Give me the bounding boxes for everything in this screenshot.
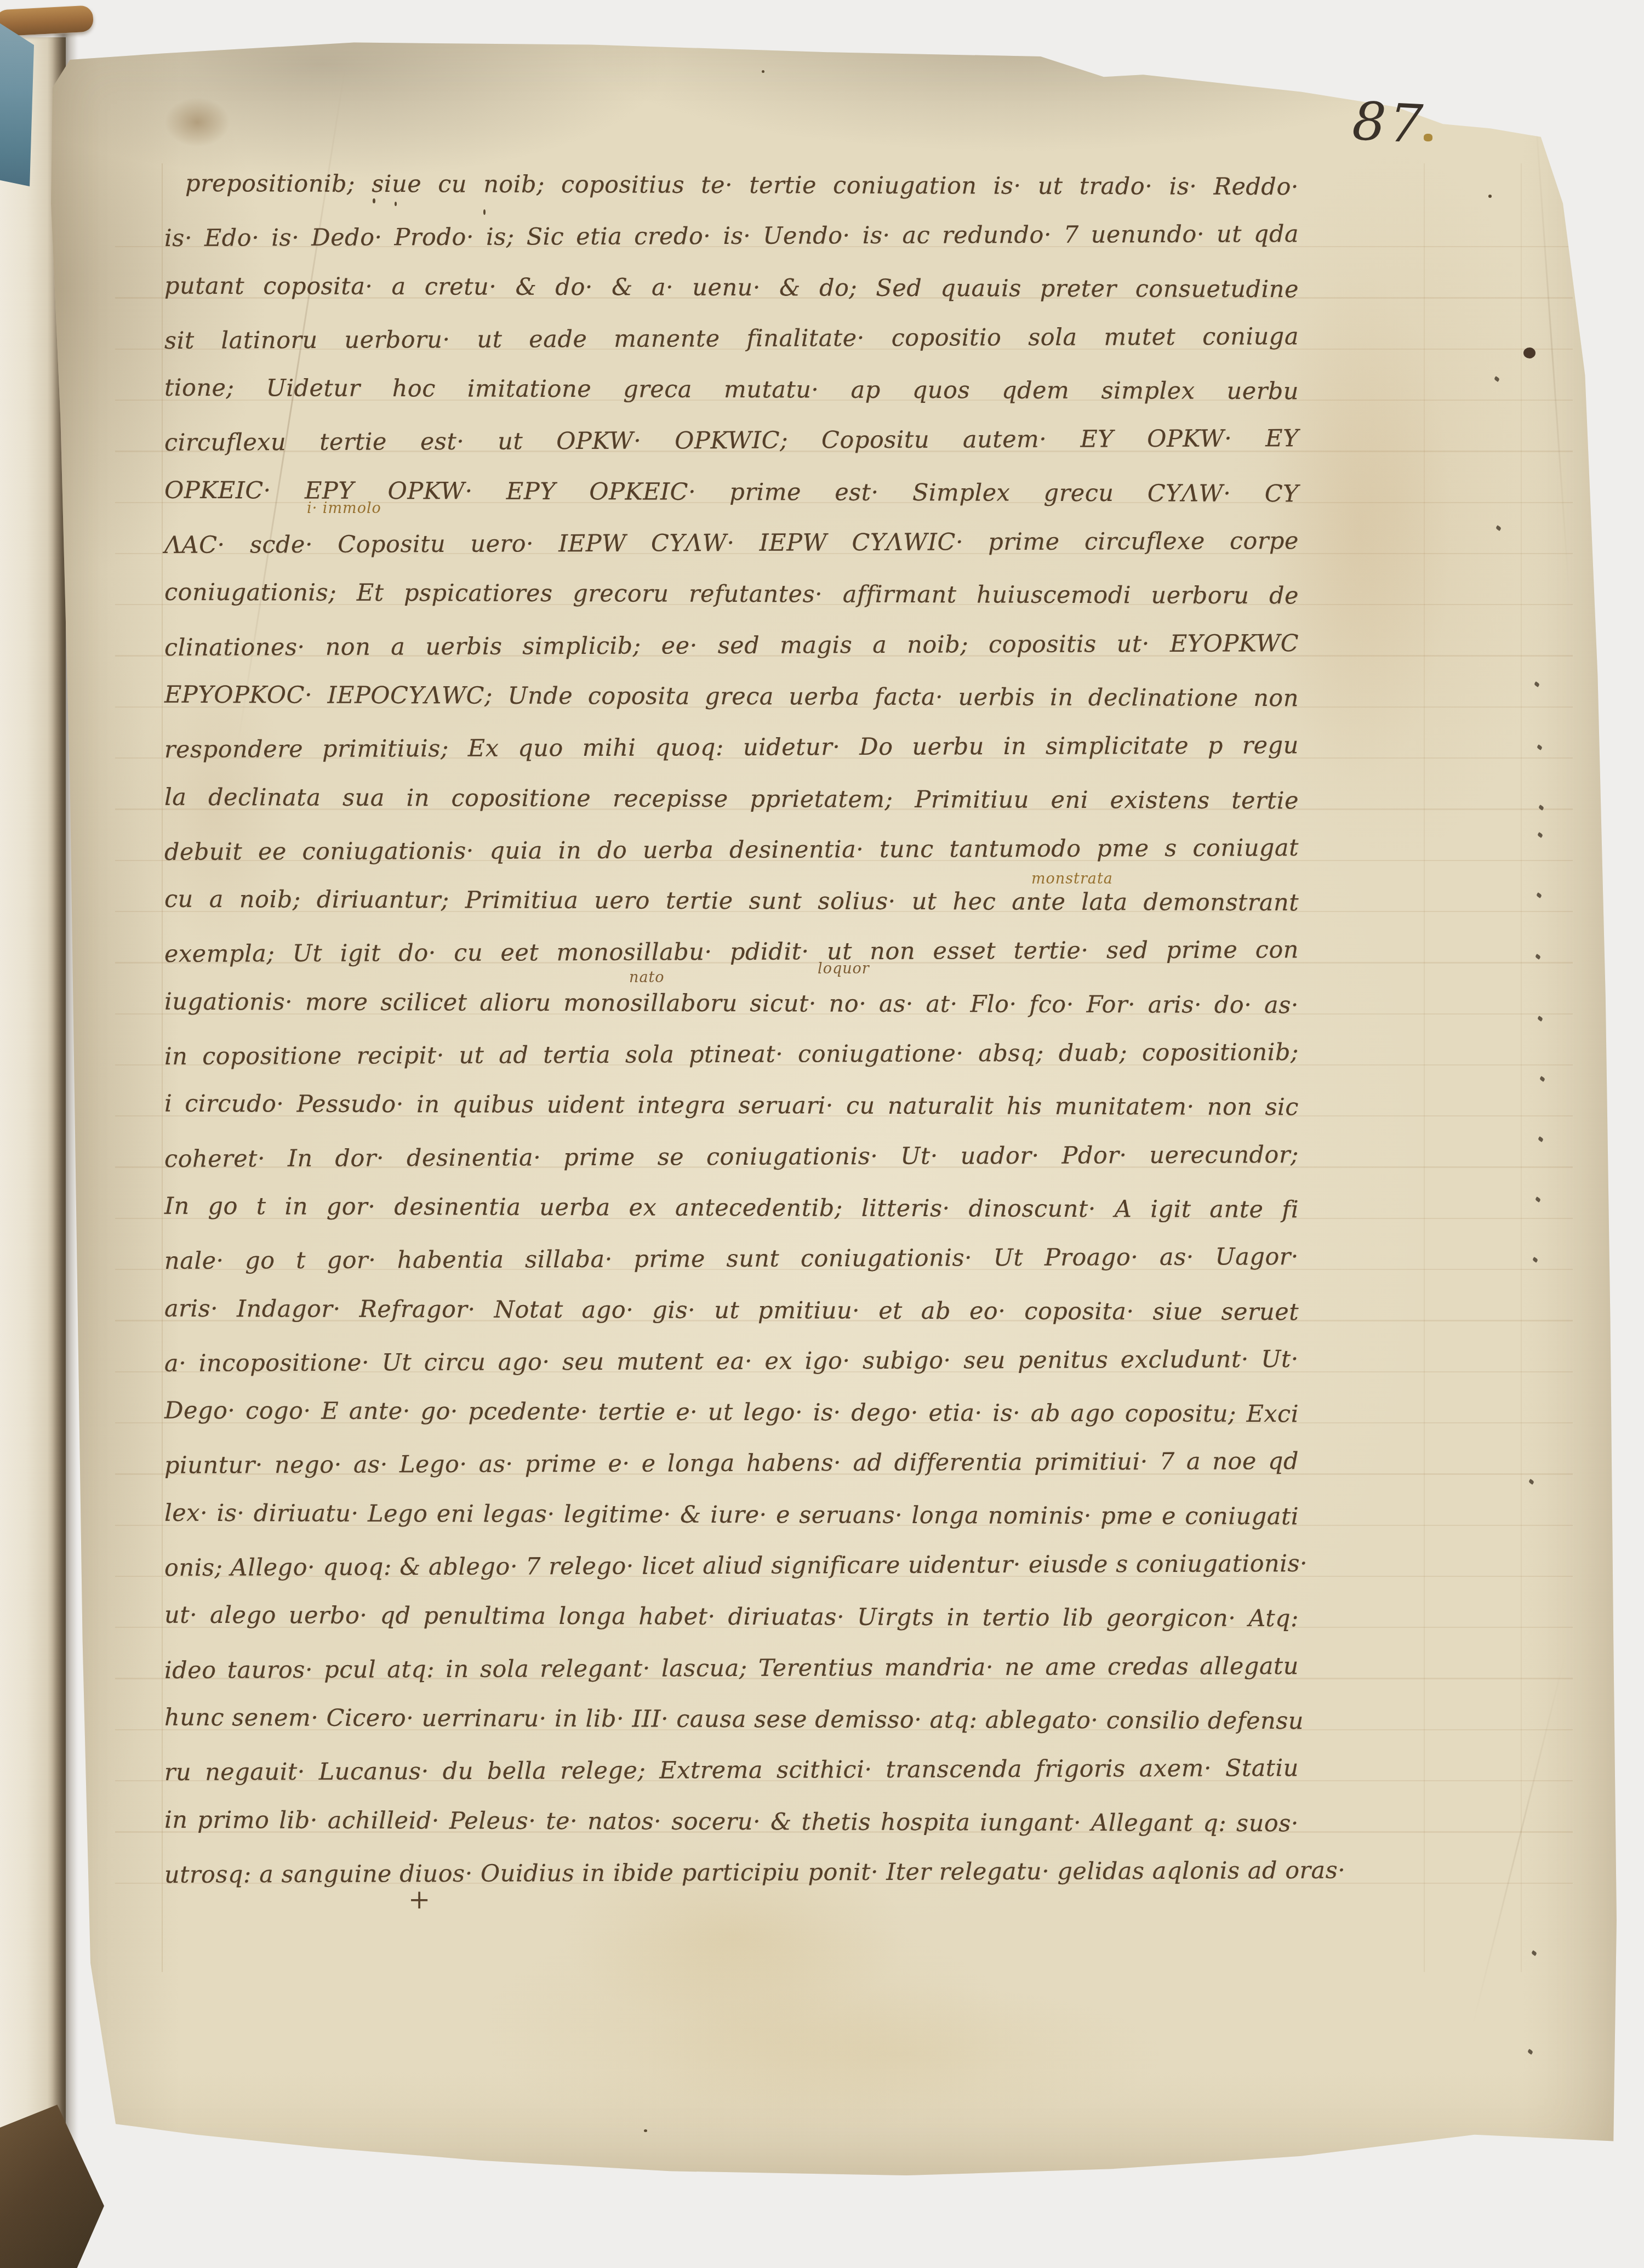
bookmark-cloth [0, 22, 34, 186]
manuscript-line: coheret· In dor· desinentia· prime se co… [164, 1130, 1299, 1185]
manuscript-line: ru negauit· Lucanus· du bella relege; Ex… [164, 1743, 1299, 1798]
manuscript-line: clinationes· non a uerbis simplicib; ee·… [164, 618, 1299, 674]
manuscript-line: ideo tauros· pcul atq: in sola relegant·… [164, 1641, 1299, 1696]
manuscript-line: ΛAC· scde· Copositu uero· IEPW CYΛW· IEP… [164, 516, 1299, 571]
text-block: prepositionib; siue cu noib; copositius … [164, 160, 1299, 1899]
manuscript-line: EPYOPKOC· IEPOCYΛWC; Unde coposita greca… [164, 670, 1299, 725]
manuscript-line: tione; Uidetur hoc imitatione greca muta… [164, 363, 1299, 418]
photo-background: { "page": { "folio_number": "87", "cross… [0, 0, 1644, 2268]
manuscript-line: hunc senem· Cicero· uerrinaru· in lib· I… [164, 1693, 1299, 1747]
manuscript-line: ut· alego uerbo· qd penultima longa habe… [164, 1590, 1299, 1645]
ink-speck [644, 2129, 647, 2132]
manuscript-line: respondere primitiuis; Ex quo mihi quoq:… [164, 720, 1299, 776]
manuscript-line: onis; Allego· quoq: & ablego· 7 relego· … [164, 1538, 1299, 1594]
manuscript-line: exempla; Ut igit do· cu eet monosillabu·… [164, 925, 1299, 980]
manuscript-line: putant coposita· a cretu· & do· & a· uen… [164, 260, 1299, 315]
interlinear-gloss: monstrata [1031, 870, 1113, 887]
manuscript-line: utrosq: a sanguine diuos· Ouidius in ibi… [164, 1845, 1299, 1901]
manuscript-line: cu a noib; diriuantur; Primitiua uero te… [164, 874, 1299, 929]
manuscript-line: in copositione recipit· ut ad tertia sol… [164, 1027, 1299, 1082]
manuscript-line: la declinata sua in copositione recepiss… [164, 772, 1299, 827]
manuscript-line: piuntur· nego· as· Lego· as· prime e· e … [164, 1436, 1299, 1491]
manuscript-line: In go t in gor· desinentia uerba ex ante… [164, 1181, 1299, 1236]
interlinear-gloss: i· immolo [307, 500, 381, 517]
binding-leather-corner [0, 2105, 104, 2268]
manuscript-line: debuit ee coniugationis· quia in do uerb… [164, 823, 1299, 878]
margin-ruling-line [1521, 163, 1522, 1972]
folio-number: 87 [1351, 90, 1428, 156]
manuscript-line: iugationis· more scilicet alioru monosil… [164, 976, 1299, 1031]
manuscript-line: prepositionib; siue cu noib; copositius … [164, 158, 1299, 213]
manuscript-line: lex· is· diriuatu· Lego eni legas· legit… [164, 1488, 1299, 1542]
manuscript-line: sit latinoru uerboru· ut eade manente fi… [164, 311, 1299, 367]
cross-mark: + [408, 1884, 430, 1915]
binding-cord [0, 5, 94, 36]
manuscript-line: a· incopositione· Ut circu ago· seu mute… [164, 1334, 1299, 1389]
manuscript-line: nale· go t gor· habentia sillaba· prime … [164, 1232, 1299, 1287]
manuscript-line: circuflexu tertie est· ut OPKW· OPKWIC; … [164, 414, 1299, 469]
left-bounding-line [162, 163, 163, 1972]
ink-speck [1488, 195, 1492, 198]
stain [164, 98, 230, 147]
interlinear-gloss: loquor [818, 960, 870, 977]
ink-speck [762, 70, 764, 73]
manuscript-line: i circudo· Pessudo· in quibus uident int… [164, 1079, 1299, 1133]
manuscript-line: Dego· cogo· E ante· go· pcedente· tertie… [164, 1386, 1299, 1440]
stain [630, 1983, 1167, 2125]
manuscript-line: coniugationis; Et pspicatiores grecoru r… [164, 567, 1299, 622]
manuscript-line: aris· Indagor· Refragor· Notat ago· gis·… [164, 1283, 1299, 1338]
interlinear-gloss: nato [629, 969, 665, 986]
ink-dot [1523, 347, 1535, 358]
manuscript-line: in primo lib· achilleid· Peleus· te· nat… [164, 1794, 1299, 1849]
manuscript-line: is· Edo· is· Dedo· Prodo· is; Sic etia c… [164, 209, 1299, 264]
